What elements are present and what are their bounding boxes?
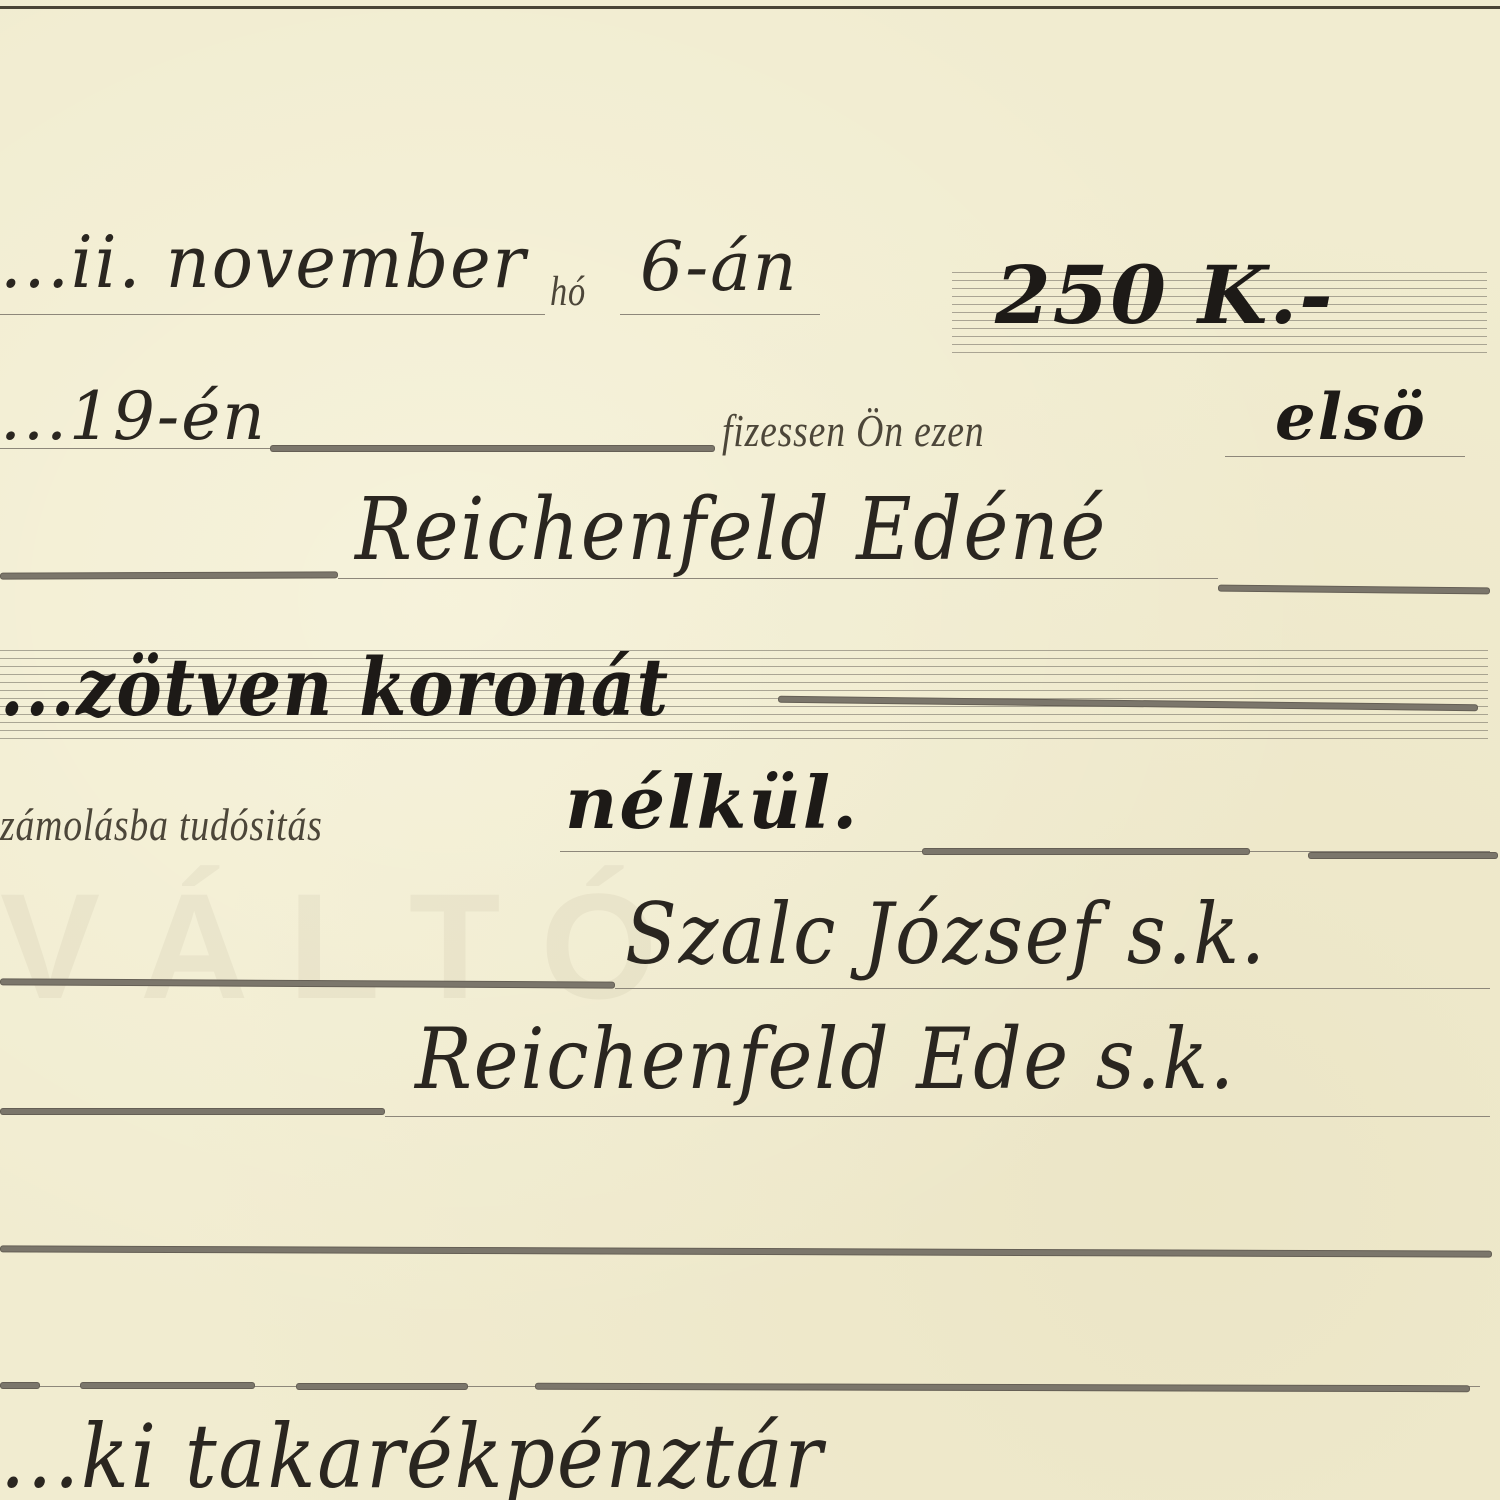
line2-value-rule: [1225, 456, 1465, 457]
signature-1: Szalc József s.k.: [625, 885, 1267, 983]
line2-year-handwritten: ...19-én: [0, 378, 267, 455]
line1-date-rule: [0, 314, 545, 315]
line1-day-handwritten: 6-án: [640, 228, 799, 307]
line5-handwritten-value: nélkül.: [565, 760, 859, 845]
signature1-rule: [615, 988, 1490, 989]
line2-filler-rule: [270, 445, 715, 452]
signature-2: Reichenfeld Ede s.k.: [415, 1010, 1236, 1108]
amount-handwritten: 250 K.-: [995, 248, 1334, 342]
bottom-dash-1: [0, 1382, 40, 1389]
signature2-rule: [385, 1116, 1490, 1117]
bottom-full-rule: [0, 1245, 1492, 1257]
watermark-text: VÁLTÓ: [0, 860, 697, 1033]
bottom-dash-2: [80, 1382, 255, 1389]
line5-filler-rule-1: [922, 848, 1250, 855]
line1-day-rule: [620, 314, 820, 315]
bottom-dash-4: [535, 1383, 1470, 1392]
line1-printed-ho: hó: [550, 268, 586, 316]
line3-right-filler-rule: [1218, 585, 1490, 595]
payee-handwritten: Reichenfeld Edéné: [355, 480, 1107, 580]
line3-left-filler-rule: [0, 571, 338, 579]
bottom-handwritten-fragment: ...ki takarékpénztár: [0, 1405, 824, 1500]
line5-printed-text: zámolásba tudósitás: [0, 798, 323, 851]
line2-handwritten-value: elsö: [1275, 380, 1427, 455]
line5-filler-rule-2: [1308, 852, 1498, 859]
top-border-rule: [0, 6, 1500, 9]
bottom-dash-3: [296, 1383, 468, 1390]
line2-printed-text: fizessen Ön ezen: [722, 404, 984, 457]
signature2-filler-rule: [0, 1108, 385, 1115]
line1-date-handwritten: ...ii. november: [0, 220, 527, 304]
amount-words-handwritten: ...zötven koronát: [0, 640, 670, 734]
